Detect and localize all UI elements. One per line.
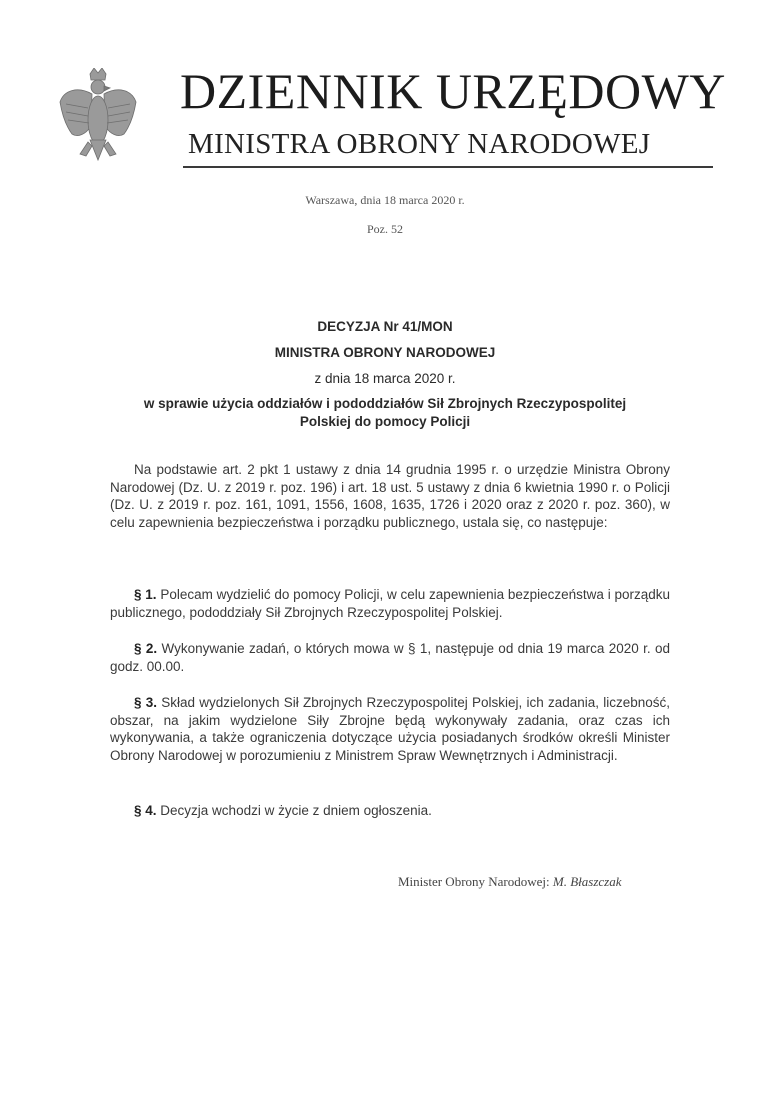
masthead-divider: [183, 166, 713, 168]
section-1: § 1. Polecam wydzielić do pomocy Policji…: [110, 586, 670, 621]
position-number: Poz. 52: [0, 222, 770, 237]
section-2-label: § 2.: [134, 641, 157, 656]
decision-number: DECYZJA Nr 41/MON: [0, 319, 770, 334]
preamble-paragraph: Na podstawie art. 2 pkt 1 ustawy z dnia …: [110, 461, 670, 531]
section-4-label: § 4.: [134, 803, 157, 818]
document-page: DZIENNIK URZĘDOWY MINISTRA OBRONY NARODO…: [0, 0, 770, 1103]
preamble-text: Na podstawie art. 2 pkt 1 ustawy z dnia …: [110, 462, 670, 530]
section-3-label: § 3.: [134, 695, 157, 710]
signatory-name: M. Błaszczak: [553, 874, 622, 889]
place-and-date: Warszawa, dnia 18 marca 2020 r.: [0, 193, 770, 208]
section-3: § 3. Skład wydzielonych Sił Zbrojnych Rz…: [110, 694, 670, 764]
decision-subject-line-1: w sprawie użycia oddziałów i pododdziałó…: [0, 396, 770, 411]
section-4-text: Decyzja wchodzi w życie z dniem ogłoszen…: [160, 803, 432, 818]
section-4: § 4. Decyzja wchodzi w życie z dniem ogł…: [110, 802, 670, 820]
section-3-text: Skład wydzielonych Sił Zbrojnych Rzeczyp…: [110, 695, 670, 763]
journal-title: DZIENNIK URZĘDOWY: [180, 62, 740, 120]
decision-subject-line-2: Polskiej do pomocy Policji: [0, 414, 770, 429]
journal-subtitle: MINISTRA OBRONY NARODOWEJ: [188, 128, 728, 161]
section-1-text: Polecam wydzielić do pomocy Policji, w c…: [110, 587, 670, 620]
section-1-label: § 1.: [134, 587, 157, 602]
polish-eagle-emblem-icon: [58, 68, 138, 178]
decision-date: z dnia 18 marca 2020 r.: [0, 371, 770, 386]
section-2: § 2. Wykonywanie zadań, o których mowa w…: [110, 640, 670, 675]
signatory-role: Minister Obrony Narodowej:: [398, 874, 550, 889]
section-2-text: Wykonywanie zadań, o których mowa w § 1,…: [110, 641, 670, 674]
signature-block: Minister Obrony Narodowej: M. Błaszczak: [398, 874, 622, 890]
decision-issuer: MINISTRA OBRONY NARODOWEJ: [0, 345, 770, 360]
